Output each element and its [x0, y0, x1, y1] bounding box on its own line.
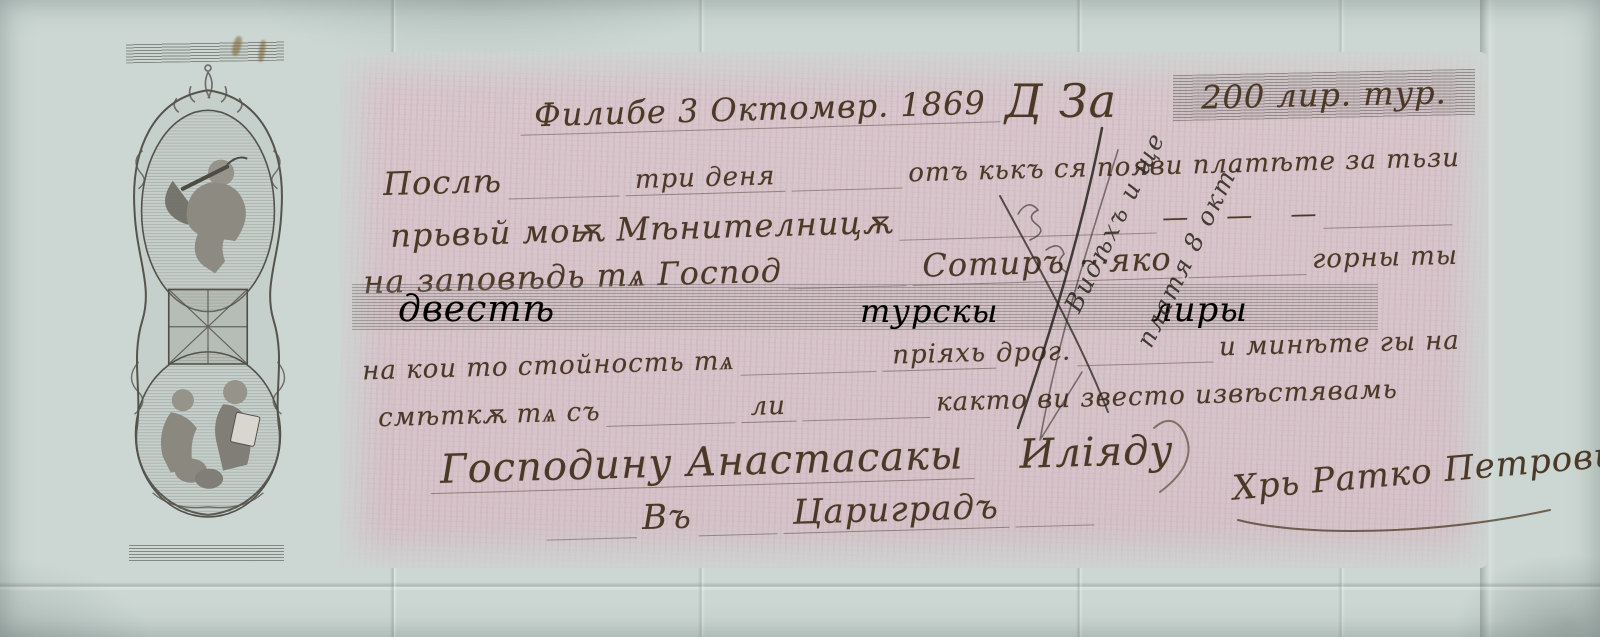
rule-line — [740, 353, 876, 375]
bill-of-exchange-scan: Филибе 3 Октомвр. 1869 Д За 200 лир. тур… — [0, 0, 1600, 637]
lower-medallion — [136, 352, 281, 517]
rule-line — [508, 178, 619, 200]
amount-words-1: двестѣ — [398, 289, 555, 330]
rule-line — [1015, 507, 1095, 528]
city-prefix: Въ — [642, 497, 693, 538]
city-name: Цариградъ — [782, 487, 1009, 534]
account-mid: ли — [740, 391, 796, 424]
order-tail: горны ты — [1312, 241, 1459, 275]
microprint-band-bottom — [129, 545, 284, 561]
vignette-engraving — [112, 60, 304, 528]
account-clause: смѣткѫ тѧ съ — [378, 397, 601, 433]
term-text: три деня — [624, 161, 785, 196]
amount-figures-text: 200 лир. тур. — [1201, 73, 1447, 116]
rule-line — [606, 405, 735, 427]
acceptance-scrawl: Видѣхъ и ще платя 8 окт. — [962, 168, 1242, 434]
rule-line — [802, 399, 931, 421]
rule-line — [791, 170, 902, 192]
rule-line — [546, 520, 636, 541]
amount-figures-band: 200 лир. тур. — [1173, 69, 1475, 121]
addressee-name-2: Иліяду — [1019, 427, 1174, 477]
after-label: Послѣ — [383, 162, 503, 203]
rule-line — [698, 516, 778, 537]
rule-line — [1323, 207, 1452, 229]
